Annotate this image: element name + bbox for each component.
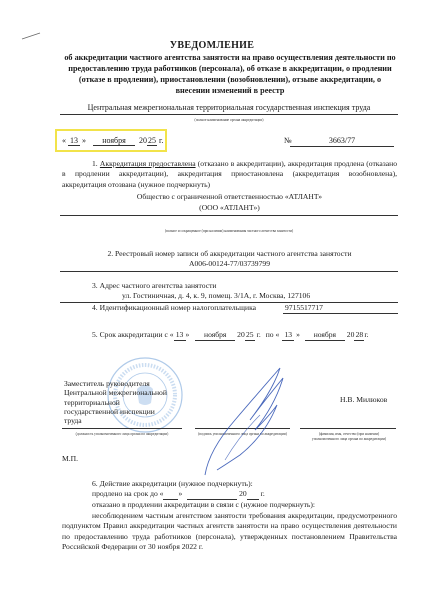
section-1-text: 1. Аккредитация предоставлена (отказано …: [62, 159, 397, 190]
authority-caption: (полное наименование органа аккредитации…: [60, 118, 398, 123]
extension-refused: отказано в продлении аккредитации в связ…: [92, 500, 315, 510]
position-caption: (должность уполномоченного лица органа п…: [62, 432, 182, 437]
signatory-position: Заместитель руководителя Центральной меж…: [64, 379, 184, 425]
notice-date: « 13 » ноября 2025 г.: [62, 136, 163, 146]
date-month: ноября: [93, 136, 135, 146]
org-full-name: Общество с ограниченной ответственностью…: [62, 192, 397, 202]
from-day: 13: [174, 330, 186, 341]
section-6-label: 6. Действие аккредитации (нужное подчерк…: [92, 479, 253, 489]
date-year: 25: [147, 136, 157, 146]
document-subtitle: об аккредитации частного агентства занят…: [62, 52, 398, 96]
registry-number: А006-00124-77/03739799: [62, 259, 397, 269]
section-5-period: 5. Срок аккредитации с «13» ноября 2025 …: [92, 330, 369, 341]
extended-until: продлено на срок до « » 20 г.: [92, 489, 265, 500]
signatory-name: Н.В. Милюков: [340, 395, 387, 404]
stamp-place-label: М.П.: [62, 454, 78, 463]
to-day: 13: [282, 330, 294, 341]
authority-name: Центральная межрегиональная территориаль…: [60, 103, 398, 115]
section-4-label: 4. Идентификационный номер налогоплатель…: [92, 303, 256, 313]
document-title: УВЕДОМЛЕНИЕ: [0, 40, 424, 51]
org-short-name: (ООО «АТЛАНТ»): [62, 203, 397, 213]
section-2-label: 2. Реестровый номер записи об аккредитац…: [62, 249, 397, 259]
divider: [300, 428, 396, 429]
to-year: 28: [354, 330, 364, 341]
name-caption: (фамилия, имя, отчество (при наличии) уп…: [305, 432, 393, 441]
date-day: 13: [68, 136, 80, 146]
notice-number: 3663/77: [290, 136, 394, 147]
refusal-reason: несоблюдением частным агентством занятос…: [62, 511, 397, 553]
from-month: ноября: [195, 330, 235, 341]
from-year: 25: [245, 330, 255, 341]
handwritten-signature-icon: [195, 360, 295, 480]
agency-address: ул. Гостиничная, д. 4, к. 9, помещ. 3/1А…: [122, 291, 310, 301]
org-caption: (полное и сокращенное (при наличии) наим…: [60, 229, 398, 234]
to-month: ноября: [305, 330, 345, 341]
divider: [60, 271, 398, 272]
section-3-label: 3. Адрес частного агентства занятости: [92, 281, 217, 291]
divider: [60, 215, 398, 216]
inn-value: 9715517717: [283, 303, 398, 314]
divider: [62, 428, 182, 429]
accreditation-granted: Аккредитация предоставлена: [100, 159, 196, 168]
